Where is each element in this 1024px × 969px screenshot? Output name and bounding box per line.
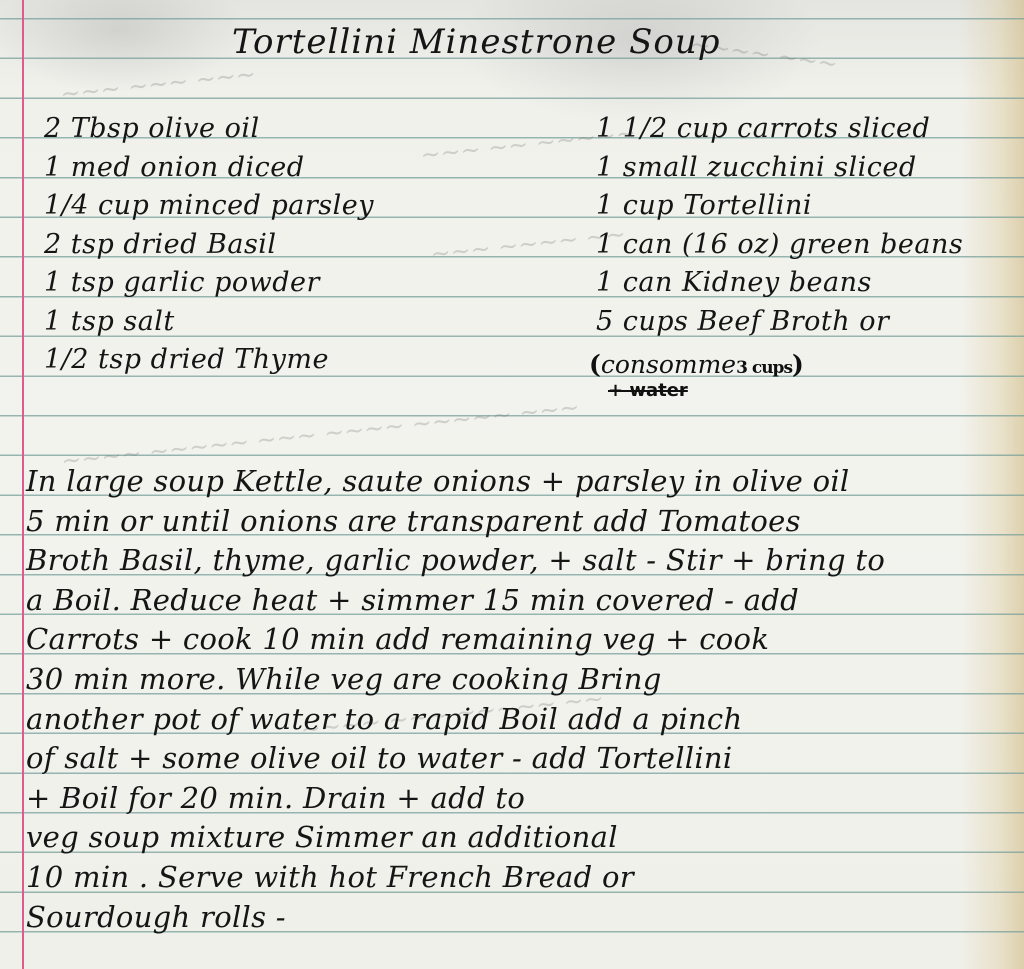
ingredient-item: 1 1/2 cup carrots sliced: [596, 110, 963, 149]
instruction-line: a Boil. Reduce heat + simmer 15 min cove…: [26, 581, 885, 621]
ingredient-item: 1 tsp salt: [44, 303, 374, 342]
instruction-line: Sourdough rolls -: [26, 898, 885, 938]
ingredient-item: 1/2 tsp dried Thyme: [44, 341, 374, 380]
margin-line: [22, 0, 24, 969]
ingredients-left-column: 2 Tbsp olive oil 1 med onion diced 1/4 c…: [44, 110, 374, 380]
instruction-line: Carrots + cook 10 min add remaining veg …: [26, 620, 885, 660]
instruction-line: 10 min . Serve with hot French Bread or: [26, 858, 885, 898]
instruction-line: + Boil for 20 min. Drain + add to: [26, 779, 885, 819]
instruction-line: Broth Basil, thyme, garlic powder, + sal…: [26, 541, 885, 581]
instruction-line: 30 min more. While veg are cooking Bring: [26, 660, 885, 700]
ingredient-item: 2 tsp dried Basil: [44, 226, 374, 265]
ingredient-item: 1 med onion diced: [44, 149, 374, 188]
instruction-line: 5 min or until onions are transparent ad…: [26, 502, 885, 542]
recipe-title: Tortellini Minestrone Soup: [232, 22, 721, 62]
open-paren: (: [589, 350, 601, 379]
ingredient-item: 2 Tbsp olive oil: [44, 110, 374, 149]
ingredient-item: 1 can Kidney beans: [596, 264, 963, 303]
close-paren: ): [792, 350, 804, 379]
ingredients-right-column: 1 1/2 cup carrots sliced 1 small zucchin…: [596, 110, 963, 341]
ingredient-item: 1 tsp garlic powder: [44, 264, 374, 303]
instruction-line: In large soup Kettle, saute onions + par…: [26, 462, 885, 502]
consomme-text: consomme: [601, 350, 736, 379]
instruction-line: another pot of water to a rapid Boil add…: [26, 700, 885, 740]
ingredient-item: 5 cups Beef Broth or: [596, 303, 963, 342]
instruction-line: of salt + some olive oil to water - add …: [26, 739, 885, 779]
struck-water-note: + water: [608, 380, 688, 401]
ingredient-item: 1/4 cup minced parsley: [44, 187, 374, 226]
ingredient-item: 1 cup Tortellini: [596, 187, 963, 226]
instruction-line: veg soup mixture Simmer an additional: [26, 818, 885, 858]
ingredient-item: 1 can (16 oz) green beans: [596, 226, 963, 265]
consomme-amount: 3 cups: [736, 358, 792, 378]
ingredient-item: 1 small zucchini sliced: [596, 149, 963, 188]
instructions-paragraph: In large soup Kettle, saute onions + par…: [26, 462, 885, 937]
broth-substitution-note: (consomme3 cups): [589, 350, 804, 379]
